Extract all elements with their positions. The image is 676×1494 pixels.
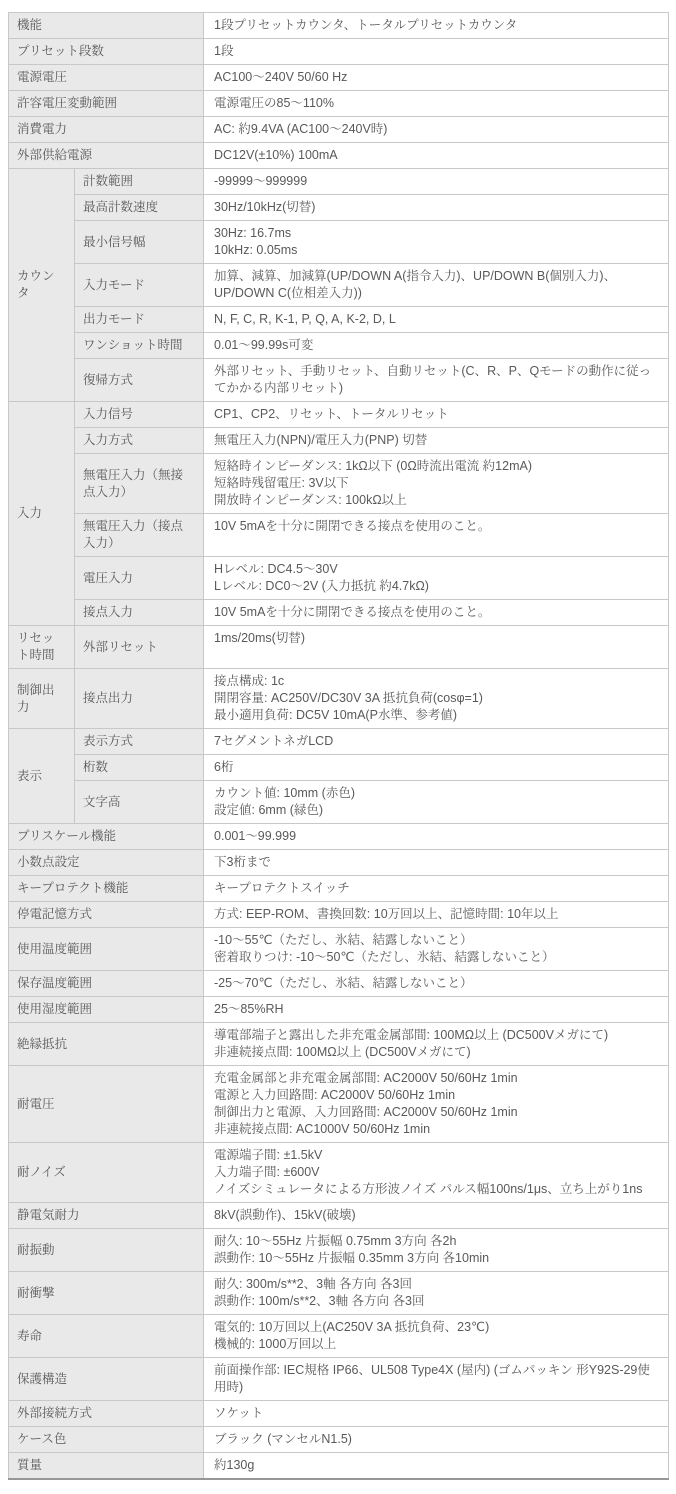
spec-subheader-cell: 表示方式	[75, 729, 204, 755]
value-line: Hレベル: DC4.5～30V	[214, 561, 658, 578]
value-line: 25～85%RH	[214, 1001, 658, 1018]
value-line: CP1、CP2、リセット、トータルリセット	[214, 406, 658, 423]
spec-value-cell: DC12V(±10%) 100mA	[204, 143, 669, 169]
spec-header-cell: 耐ノイズ	[9, 1143, 204, 1203]
spec-header-cell: 耐振動	[9, 1229, 204, 1272]
spec-row: キープロテクト機能キープロテクトスイッチ	[9, 876, 669, 902]
spec-header-cell: 質量	[9, 1453, 204, 1480]
spec-row: 保護構造前面操作部: IEC規格 IP66、UL508 Type4X (屋内) …	[9, 1358, 669, 1401]
spec-header-cell: 機能	[9, 13, 204, 39]
value-line: 入力端子間: ±600V	[214, 1164, 658, 1181]
value-line: 1ms/20ms(切替)	[214, 630, 658, 647]
spec-row: 保存温度範囲-25～70℃（ただし、氷結、結露しないこと）	[9, 971, 669, 997]
value-line: 前面操作部: IEC規格 IP66、UL508 Type4X (屋内) (ゴムパ…	[214, 1362, 658, 1396]
value-line: 加算、減算、加減算(UP/DOWN A(指令入力)、UP/DOWN B(個別入力…	[214, 268, 658, 302]
spec-header-cell: 耐電圧	[9, 1066, 204, 1143]
value-line: 耐久: 10～55Hz 片振幅 0.75mm 3方向 各2h	[214, 1233, 658, 1250]
value-line: 非連続接点間: 100MΩ以上 (DC500Vメガにて)	[214, 1044, 658, 1061]
spec-page: 機能1段プリセットカウンタ、トータルプリセットカウンタプリセット段数1段電源電圧…	[0, 0, 676, 1494]
spec-value-cell: 0.001～99.999	[204, 824, 669, 850]
spec-subrow: 無電圧入力（無接点入力）短絡時インピーダンス: 1kΩ以下 (0Ω時流出電流 約…	[9, 454, 669, 514]
spec-header-cell: 消費電力	[9, 117, 204, 143]
spec-row: 消費電力AC: 約9.4VA (AC100～240V時)	[9, 117, 669, 143]
value-line: 短絡時残留電圧: 3V以下	[214, 475, 658, 492]
value-line: 電気的: 10万回以上(AC250V 3A 抵抗負荷、23℃)	[214, 1319, 658, 1336]
value-line: 8kV(誤動作)、15kV(破壊)	[214, 1207, 658, 1224]
spec-subheader-cell: 入力信号	[75, 402, 204, 428]
spec-subheader-cell: 入力方式	[75, 428, 204, 454]
spec-value-cell: 7セグメントネガLCD	[204, 729, 669, 755]
spec-subrow: 桁数6桁	[9, 755, 669, 781]
spec-group-cell: 表示	[9, 729, 75, 824]
spec-value-cell: 約130g	[204, 1453, 669, 1480]
spec-value-cell: 下3桁まで	[204, 850, 669, 876]
spec-value-cell: 25～85%RH	[204, 997, 669, 1023]
value-line: 1段	[214, 43, 658, 60]
spec-row: 停電記憶方式方式: EEP-ROM、書換回数: 10万回以上、記憶時間: 10年…	[9, 902, 669, 928]
value-line: 0.001～99.999	[214, 828, 658, 845]
value-line: 最小適用負荷: DC5V 10mA(P水準、参考値)	[214, 707, 658, 724]
spec-subheader-cell: 文字高	[75, 781, 204, 824]
spec-header-cell: 電源電圧	[9, 65, 204, 91]
spec-value-cell: 10V 5mAを十分に開閉できる接点を使用のこと。	[204, 600, 669, 626]
value-line: 0.01～99.99s可変	[214, 337, 658, 354]
value-line: 誤動作: 100m/s**2、3軸 各方向 各3回	[214, 1293, 658, 1310]
value-line: 電源電圧の85～110%	[214, 95, 658, 112]
spec-subrow: 最小信号幅30Hz: 16.7ms10kHz: 0.05ms	[9, 221, 669, 264]
spec-row: 耐ノイズ電源端子間: ±1.5kV入力端子間: ±600Vノイズシミュレータによ…	[9, 1143, 669, 1203]
spec-subheader-cell: 最小信号幅	[75, 221, 204, 264]
spec-row: 機能1段プリセットカウンタ、トータルプリセットカウンタ	[9, 13, 669, 39]
value-line: 無電圧入力(NPN)/電圧入力(PNP) 切替	[214, 432, 658, 449]
value-line: 開放時インピーダンス: 100kΩ以上	[214, 492, 658, 509]
spec-row: 耐衝撃耐久: 300m/s**2、3軸 各方向 各3回誤動作: 100m/s**…	[9, 1272, 669, 1315]
spec-subheader-cell: 最高計数速度	[75, 195, 204, 221]
spec-subrow: 入力モード加算、減算、加減算(UP/DOWN A(指令入力)、UP/DOWN B…	[9, 264, 669, 307]
spec-table: 機能1段プリセットカウンタ、トータルプリセットカウンタプリセット段数1段電源電圧…	[8, 12, 669, 1480]
spec-value-cell: N, F, C, R, K-1, P, Q, A, K-2, D, L	[204, 307, 669, 333]
value-line: 1段プリセットカウンタ、トータルプリセットカウンタ	[214, 17, 658, 34]
spec-subheader-cell: ワンショット時間	[75, 333, 204, 359]
spec-value-cell: 外部リセット、手動リセット、自動リセット(C、R、P、Qモードの動作に従ってかか…	[204, 359, 669, 402]
spec-row: プリスケール機能0.001～99.999	[9, 824, 669, 850]
spec-row: 外部接続方式ソケット	[9, 1401, 669, 1427]
spec-value-cell: 30Hz: 16.7ms10kHz: 0.05ms	[204, 221, 669, 264]
spec-subrow: ワンショット時間0.01～99.99s可変	[9, 333, 669, 359]
spec-subrow: カウンタ計数範囲-99999～999999	[9, 169, 669, 195]
value-line: AC100～240V 50/60 Hz	[214, 69, 658, 86]
spec-subheader-cell: 接点出力	[75, 669, 204, 729]
value-line: 7セグメントネガLCD	[214, 733, 658, 750]
spec-value-cell: 接点構成: 1c開閉容量: AC250V/DC30V 3A 抵抗負荷(cosφ=…	[204, 669, 669, 729]
value-line: -99999～999999	[214, 173, 658, 190]
spec-row: 耐振動耐久: 10～55Hz 片振幅 0.75mm 3方向 各2h誤動作: 10…	[9, 1229, 669, 1272]
value-line: ソケット	[214, 1405, 658, 1422]
spec-row: 使用温度範囲-10～55℃（ただし、氷結、結露しないこと）密着取りつけ: -10…	[9, 928, 669, 971]
spec-value-cell: 1段	[204, 39, 669, 65]
spec-subrow: 制御出力接点出力接点構成: 1c開閉容量: AC250V/DC30V 3A 抵抗…	[9, 669, 669, 729]
spec-value-cell: ソケット	[204, 1401, 669, 1427]
spec-header-cell: 停電記憶方式	[9, 902, 204, 928]
spec-row: 静電気耐力8kV(誤動作)、15kV(破壊)	[9, 1203, 669, 1229]
spec-header-cell: 小数点設定	[9, 850, 204, 876]
spec-header-cell: キープロテクト機能	[9, 876, 204, 902]
value-line: 充電金属部と非充電金属部間: AC2000V 50/60Hz 1min	[214, 1070, 658, 1087]
spec-value-cell: 電源電圧の85～110%	[204, 91, 669, 117]
spec-header-cell: 許容電圧変動範囲	[9, 91, 204, 117]
spec-value-cell: AC: 約9.4VA (AC100～240V時)	[204, 117, 669, 143]
spec-value-cell: -99999～999999	[204, 169, 669, 195]
spec-subrow: 文字高カウント値: 10mm (赤色)設定値: 6mm (緑色)	[9, 781, 669, 824]
value-line: 耐久: 300m/s**2、3軸 各方向 各3回	[214, 1276, 658, 1293]
value-line: Lレベル: DC0～2V (入力抵抗 約4.7kΩ)	[214, 578, 658, 595]
value-line: キープロテクトスイッチ	[214, 880, 658, 897]
value-line: 短絡時インピーダンス: 1kΩ以下 (0Ω時流出電流 約12mA)	[214, 458, 658, 475]
spec-subheader-cell: 桁数	[75, 755, 204, 781]
spec-header-cell: 保護構造	[9, 1358, 204, 1401]
spec-subheader-cell: 計数範囲	[75, 169, 204, 195]
spec-subheader-cell: 無電圧入力（接点入力）	[75, 514, 204, 557]
spec-header-cell: 絶縁抵抗	[9, 1023, 204, 1066]
spec-subheader-cell: 外部リセット	[75, 626, 204, 669]
spec-row: 絶縁抵抗導電部端子と露出した非充電金属部間: 100MΩ以上 (DC500Vメガ…	[9, 1023, 669, 1066]
spec-header-cell: 使用湿度範囲	[9, 997, 204, 1023]
spec-row: 外部供給電源DC12V(±10%) 100mA	[9, 143, 669, 169]
spec-header-cell: ケース色	[9, 1427, 204, 1453]
spec-value-cell: 8kV(誤動作)、15kV(破壊)	[204, 1203, 669, 1229]
spec-value-cell: 充電金属部と非充電金属部間: AC2000V 50/60Hz 1min電源と入力…	[204, 1066, 669, 1143]
spec-value-cell: ブラック (マンセルN1.5)	[204, 1427, 669, 1453]
spec-value-cell: 無電圧入力(NPN)/電圧入力(PNP) 切替	[204, 428, 669, 454]
spec-row: 寿命電気的: 10万回以上(AC250V 3A 抵抗負荷、23℃)機械的: 10…	[9, 1315, 669, 1358]
spec-value-cell: 加算、減算、加減算(UP/DOWN A(指令入力)、UP/DOWN B(個別入力…	[204, 264, 669, 307]
spec-value-cell: AC100～240V 50/60 Hz	[204, 65, 669, 91]
value-line: 電源と入力回路間: AC2000V 50/60Hz 1min	[214, 1087, 658, 1104]
value-line: 方式: EEP-ROM、書換回数: 10万回以上、記憶時間: 10年以上	[214, 906, 658, 923]
spec-header-cell: プリセット段数	[9, 39, 204, 65]
spec-subrow: 入力方式無電圧入力(NPN)/電圧入力(PNP) 切替	[9, 428, 669, 454]
value-line: 電源端子間: ±1.5kV	[214, 1147, 658, 1164]
spec-value-cell: -25～70℃（ただし、氷結、結露しないこと）	[204, 971, 669, 997]
value-line: 6桁	[214, 759, 658, 776]
value-line: 接点構成: 1c	[214, 673, 658, 690]
spec-header-cell: 保存温度範囲	[9, 971, 204, 997]
value-line: 10V 5mAを十分に開閉できる接点を使用のこと。	[214, 518, 658, 535]
spec-row: 小数点設定下3桁まで	[9, 850, 669, 876]
spec-value-cell: 1ms/20ms(切替)	[204, 626, 669, 669]
spec-row: 電源電圧AC100～240V 50/60 Hz	[9, 65, 669, 91]
value-line: -25～70℃（ただし、氷結、結露しないこと）	[214, 975, 658, 992]
spec-subrow: 最高計数速度30Hz/10kHz(切替)	[9, 195, 669, 221]
spec-row: プリセット段数1段	[9, 39, 669, 65]
spec-subheader-cell: 入力モード	[75, 264, 204, 307]
spec-subrow: 接点入力10V 5mAを十分に開閉できる接点を使用のこと。	[9, 600, 669, 626]
spec-group-cell: リセット時間	[9, 626, 75, 669]
spec-subrow: 出力モードN, F, C, R, K-1, P, Q, A, K-2, D, L	[9, 307, 669, 333]
spec-subheader-cell: 接点入力	[75, 600, 204, 626]
spec-row: 耐電圧充電金属部と非充電金属部間: AC2000V 50/60Hz 1min電源…	[9, 1066, 669, 1143]
spec-value-cell: 方式: EEP-ROM、書換回数: 10万回以上、記憶時間: 10年以上	[204, 902, 669, 928]
spec-value-cell: -10～55℃（ただし、氷結、結露しないこと）密着取りつけ: -10～50℃（た…	[204, 928, 669, 971]
spec-group-cell: 入力	[9, 402, 75, 626]
spec-subrow: 表示表示方式7セグメントネガLCD	[9, 729, 669, 755]
spec-subheader-cell: 無電圧入力（無接点入力）	[75, 454, 204, 514]
value-line: 約130g	[214, 1457, 658, 1474]
spec-value-cell: 前面操作部: IEC規格 IP66、UL508 Type4X (屋内) (ゴムパ…	[204, 1358, 669, 1401]
spec-group-cell: 制御出力	[9, 669, 75, 729]
spec-value-cell: 30Hz/10kHz(切替)	[204, 195, 669, 221]
spec-value-cell: 10V 5mAを十分に開閉できる接点を使用のこと。	[204, 514, 669, 557]
value-line: 10V 5mAを十分に開閉できる接点を使用のこと。	[214, 604, 658, 621]
spec-row: 使用湿度範囲25～85%RH	[9, 997, 669, 1023]
value-line: 下3桁まで	[214, 854, 658, 871]
spec-header-cell: 外部接続方式	[9, 1401, 204, 1427]
spec-header-cell: 寿命	[9, 1315, 204, 1358]
spec-value-cell: 耐久: 300m/s**2、3軸 各方向 各3回誤動作: 100m/s**2、3…	[204, 1272, 669, 1315]
spec-header-cell: 静電気耐力	[9, 1203, 204, 1229]
spec-value-cell: 耐久: 10～55Hz 片振幅 0.75mm 3方向 各2h誤動作: 10～55…	[204, 1229, 669, 1272]
spec-subrow: 復帰方式外部リセット、手動リセット、自動リセット(C、R、P、Qモードの動作に従…	[9, 359, 669, 402]
spec-header-cell: 外部供給電源	[9, 143, 204, 169]
spec-subheader-cell: 出力モード	[75, 307, 204, 333]
spec-value-cell: 電源端子間: ±1.5kV入力端子間: ±600Vノイズシミュレータによる方形波…	[204, 1143, 669, 1203]
spec-row: 質量約130g	[9, 1453, 669, 1480]
value-line: 導電部端子と露出した非充電金属部間: 100MΩ以上 (DC500Vメガにて)	[214, 1027, 658, 1044]
value-line: カウント値: 10mm (赤色)	[214, 785, 658, 802]
spec-subheader-cell: 電圧入力	[75, 557, 204, 600]
value-line: 30Hz/10kHz(切替)	[214, 199, 658, 216]
spec-value-cell: 1段プリセットカウンタ、トータルプリセットカウンタ	[204, 13, 669, 39]
spec-row: ケース色ブラック (マンセルN1.5)	[9, 1427, 669, 1453]
value-line: N, F, C, R, K-1, P, Q, A, K-2, D, L	[214, 311, 658, 328]
spec-value-cell: Hレベル: DC4.5～30VLレベル: DC0～2V (入力抵抗 約4.7kΩ…	[204, 557, 669, 600]
value-line: 密着取りつけ: -10～50℃（ただし、氷結、結露しないこと）	[214, 949, 658, 966]
value-line: 非連続接点間: AC1000V 50/60Hz 1min	[214, 1121, 658, 1138]
spec-value-cell: 6桁	[204, 755, 669, 781]
spec-header-cell: 使用温度範囲	[9, 928, 204, 971]
spec-subrow: リセット時間外部リセット1ms/20ms(切替)	[9, 626, 669, 669]
value-line: DC12V(±10%) 100mA	[214, 147, 658, 164]
value-line: 設定値: 6mm (緑色)	[214, 802, 658, 819]
spec-group-cell: カウンタ	[9, 169, 75, 402]
spec-subrow: 入力入力信号CP1、CP2、リセット、トータルリセット	[9, 402, 669, 428]
value-line: ブラック (マンセルN1.5)	[214, 1431, 658, 1448]
value-line: 制御出力と電源、入力回路間: AC2000V 50/60Hz 1min	[214, 1104, 658, 1121]
value-line: 開閉容量: AC250V/DC30V 3A 抵抗負荷(cosφ=1)	[214, 690, 658, 707]
value-line: 10kHz: 0.05ms	[214, 242, 658, 259]
spec-header-cell: プリスケール機能	[9, 824, 204, 850]
value-line: 30Hz: 16.7ms	[214, 225, 658, 242]
value-line: 機械的: 1000万回以上	[214, 1336, 658, 1353]
value-line: 誤動作: 10～55Hz 片振幅 0.35mm 3方向 各10min	[214, 1250, 658, 1267]
spec-header-cell: 耐衝撃	[9, 1272, 204, 1315]
value-line: -10～55℃（ただし、氷結、結露しないこと）	[214, 932, 658, 949]
spec-subheader-cell: 復帰方式	[75, 359, 204, 402]
spec-value-cell: キープロテクトスイッチ	[204, 876, 669, 902]
spec-subrow: 電圧入力Hレベル: DC4.5～30VLレベル: DC0～2V (入力抵抗 約4…	[9, 557, 669, 600]
spec-value-cell: カウント値: 10mm (赤色)設定値: 6mm (緑色)	[204, 781, 669, 824]
spec-subrow: 無電圧入力（接点入力）10V 5mAを十分に開閉できる接点を使用のこと。	[9, 514, 669, 557]
spec-value-cell: CP1、CP2、リセット、トータルリセット	[204, 402, 669, 428]
spec-value-cell: 短絡時インピーダンス: 1kΩ以下 (0Ω時流出電流 約12mA)短絡時残留電圧…	[204, 454, 669, 514]
value-line: ノイズシミュレータによる方形波ノイズ パルス幅100ns/1μs、立ち上がり1n…	[214, 1181, 658, 1198]
value-line: AC: 約9.4VA (AC100～240V時)	[214, 121, 658, 138]
spec-value-cell: 電気的: 10万回以上(AC250V 3A 抵抗負荷、23℃)機械的: 1000…	[204, 1315, 669, 1358]
spec-row: 許容電圧変動範囲電源電圧の85～110%	[9, 91, 669, 117]
spec-value-cell: 0.01～99.99s可変	[204, 333, 669, 359]
value-line: 外部リセット、手動リセット、自動リセット(C、R、P、Qモードの動作に従ってかか…	[214, 363, 658, 397]
spec-table-body: 機能1段プリセットカウンタ、トータルプリセットカウンタプリセット段数1段電源電圧…	[9, 13, 669, 1480]
spec-value-cell: 導電部端子と露出した非充電金属部間: 100MΩ以上 (DC500Vメガにて)非…	[204, 1023, 669, 1066]
